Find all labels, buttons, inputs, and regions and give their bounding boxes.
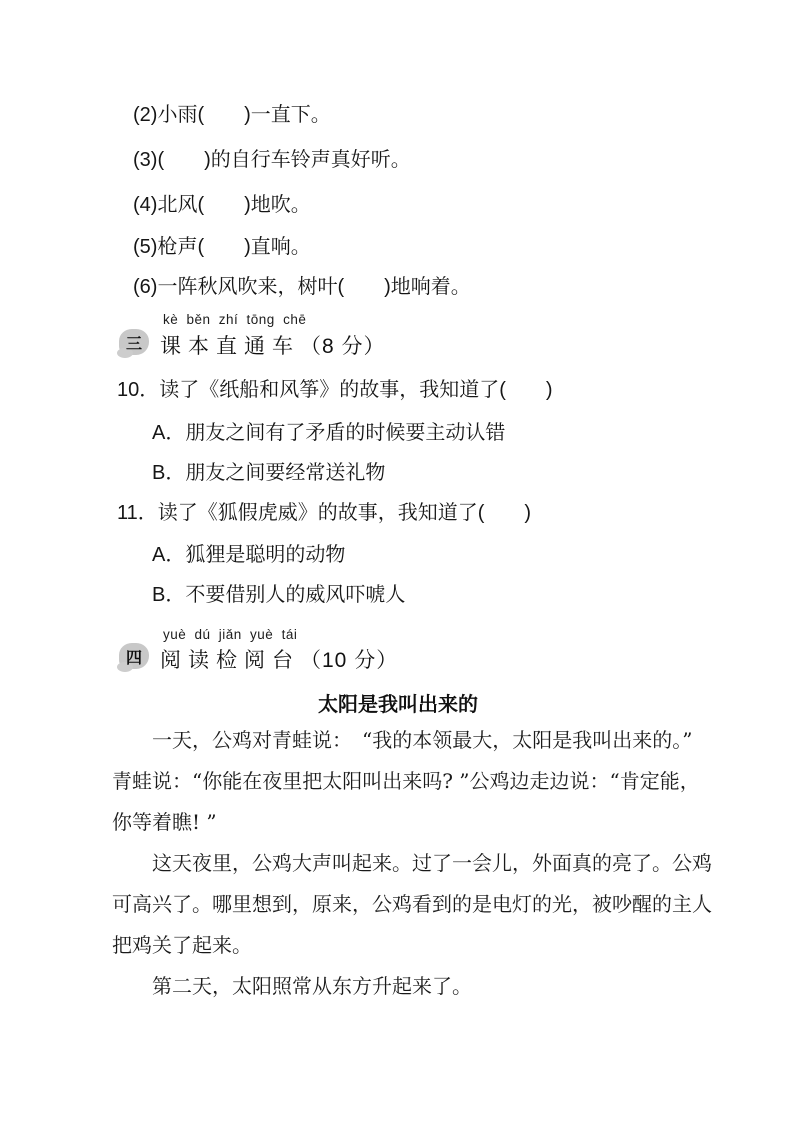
section-3-title: 课本直通车 (160, 335, 300, 358)
fill-blank-item-4: (4)北风( )地吹。 (133, 193, 311, 217)
section-4-badge-icon: 四 (119, 643, 149, 669)
section-3-badge-icon: 三 (119, 329, 149, 355)
passage-line: 你等着瞧! ” (112, 802, 217, 843)
question-11-stem: 11．读了《狐假虎威》的故事，我知道了( ) (117, 501, 531, 525)
passage-line: 把鸡关了起来。 (112, 925, 252, 966)
section-3-score: （8 分） (300, 335, 386, 358)
fill-blank-item-6: (6)一阵秋风吹来，树叶( )地响着。 (133, 275, 471, 299)
fill-blank-item-2: (2)小雨( )一直下。 (133, 103, 331, 127)
passage-line: 一天，公鸡对青蛙说： “我的本领最大，太阳是我叫出来的。” (112, 720, 692, 761)
question-10-option-b: B．朋友之间要经常送礼物 (152, 461, 385, 485)
passage-line: 这天夜里，公鸡大声叫起来。过了一会儿，外面真的亮了。公鸡 (112, 843, 712, 884)
fill-blank-item-3: (3)( )的自行车铃声真好听。 (133, 148, 411, 172)
section-4-score: （10 分） (300, 649, 398, 672)
section-4-number: 四 (126, 645, 142, 668)
section-4-pinyin: yuè dú jiǎn yuè tái (163, 627, 297, 642)
passage-line: 青蛙说：“你能在夜里把太阳叫出来吗? ”公鸡边走边说：“肯定能， (112, 761, 700, 802)
section-3-header: 课本直通车（8 分） (160, 330, 386, 360)
question-10-option-a: A．朋友之间有了矛盾的时候要主动认错 (152, 421, 505, 445)
section-4-header: 阅读检阅台（10 分） (160, 644, 398, 674)
question-10-stem: 10．读了《纸船和风筝》的故事，我知道了( ) (117, 378, 553, 402)
section-4-title: 阅读检阅台 (160, 649, 300, 672)
fill-blank-item-5: (5)枪声( )直响。 (133, 235, 311, 259)
section-3-number: 三 (126, 331, 142, 354)
passage-title: 太阳是我叫出来的 (112, 688, 684, 717)
worksheet-page: (2)小雨( )一直下。 (3)( )的自行车铃声真好听。 (4)北风( )地吹… (0, 0, 793, 1122)
passage-line: 第二天，太阳照常从东方升起来了。 (112, 966, 472, 1007)
question-11-option-a: A．狐狸是聪明的动物 (152, 543, 345, 567)
section-3-pinyin: kè běn zhí tōng chē (163, 312, 306, 327)
question-11-option-b: B．不要借别人的威风吓唬人 (152, 583, 405, 607)
passage-line: 可高兴了。哪里想到，原来，公鸡看到的是电灯的光，被吵醒的主人 (112, 884, 712, 925)
